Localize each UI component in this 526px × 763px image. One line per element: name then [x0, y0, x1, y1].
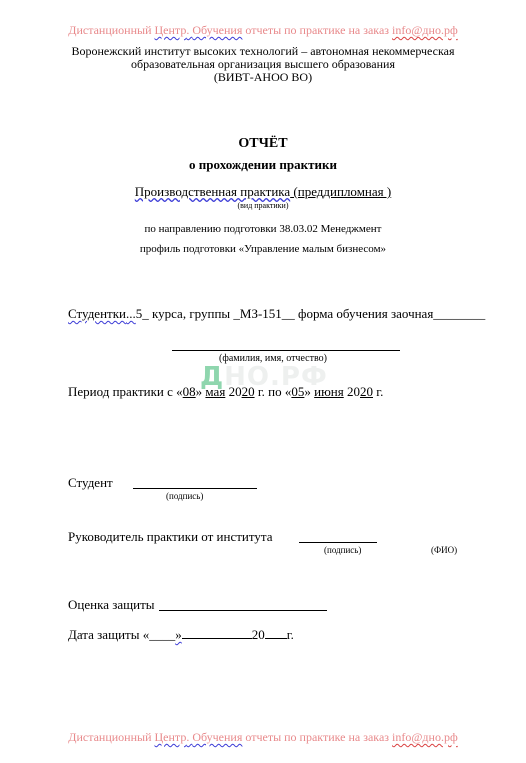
banner-suffix: отчеты по практике на заказ — [242, 23, 392, 37]
defense-date-end: г. — [287, 627, 294, 642]
practice-type: Производственная практика (преддипломная… — [0, 184, 526, 200]
period-sep: » — [196, 384, 206, 399]
student-label: Студентки — [68, 306, 126, 321]
banner-learning-word: Обучения — [192, 730, 242, 744]
period-end-day: 05 — [291, 384, 304, 399]
student-signature-line — [133, 488, 257, 489]
grade-line — [159, 610, 327, 611]
period-sep: » — [304, 384, 314, 399]
student-signature-caption: (подпись) — [166, 491, 203, 501]
practice-type-name: Производственная практика — [135, 184, 290, 199]
practice-type-caption: (вид практики) — [0, 201, 526, 210]
period-start-year: 20 — [242, 384, 255, 399]
supervisor-label: Руководитель практики от института — [68, 529, 272, 545]
defense-date-label: Дата защиты « — [68, 627, 149, 642]
banner-email-link[interactable]: info@дно.рф — [392, 23, 458, 37]
profile: профиль подготовки «Управление малым биз… — [0, 243, 526, 255]
period-mid: г. по « — [255, 384, 292, 399]
supervisor-signature-line — [299, 542, 377, 543]
report-title: ОТЧЁТ — [0, 136, 526, 152]
period-end-year: 20 — [360, 384, 373, 399]
bottom-banner: Дистанционный Центр. Обучения отчеты по … — [0, 730, 526, 745]
course-group-form: 5_ курса, группы _МЗ-151__ форма обучени… — [136, 306, 486, 321]
student-dots: ... — [126, 306, 136, 321]
banner-learning-word: Обучения — [192, 23, 242, 37]
practice-period: Период практики с «08» мая 2020 г. по «0… — [68, 384, 383, 400]
defense-date-month-blank — [182, 627, 252, 639]
period-start-day: 08 — [183, 384, 196, 399]
fio-line — [172, 350, 400, 351]
period-start-month: мая — [205, 384, 225, 399]
institution-abbrev: (ВИВТ-АНОО ВО) — [0, 71, 526, 84]
period-end-month: июня — [314, 384, 344, 399]
banner-center-word: Центр — [155, 23, 187, 37]
period-end: г. — [373, 384, 383, 399]
supervisor-signature-caption: (подпись) — [324, 545, 361, 555]
supervisor-fio-caption: (ФИО) — [431, 545, 457, 555]
defense-date-day-blank: ____ — [149, 627, 175, 642]
banner-email-link[interactable]: info@дно.рф — [392, 730, 458, 744]
banner-suffix: отчеты по практике на заказ — [242, 730, 392, 744]
period-year-prefix: 20 — [225, 384, 241, 399]
direction: по направлению подготовки 38.03.02 Менед… — [0, 223, 526, 235]
student-info-line: Студентки...5_ курса, группы _МЗ-151__ ф… — [68, 306, 485, 322]
defense-date-year-blank — [265, 627, 287, 639]
banner-center-word: Центр — [155, 730, 187, 744]
defense-date-year-prefix: 20 — [252, 627, 265, 642]
period-prefix: Период практики с « — [68, 384, 183, 399]
top-banner: Дистанционный Центр. Обучения отчеты по … — [0, 23, 526, 38]
report-subtitle: о прохождении практики — [0, 157, 526, 173]
defense-date: Дата защиты «____»20г. — [68, 627, 294, 643]
grade-label: Оценка защиты — [68, 597, 155, 613]
banner-text: Дистанционный — [68, 23, 154, 37]
student-signature-label: Студент — [68, 475, 113, 491]
practice-type-qualifier: (преддипломная ) — [290, 184, 391, 199]
period-year-prefix: 20 — [344, 384, 360, 399]
banner-text: Дистанционный — [68, 730, 154, 744]
